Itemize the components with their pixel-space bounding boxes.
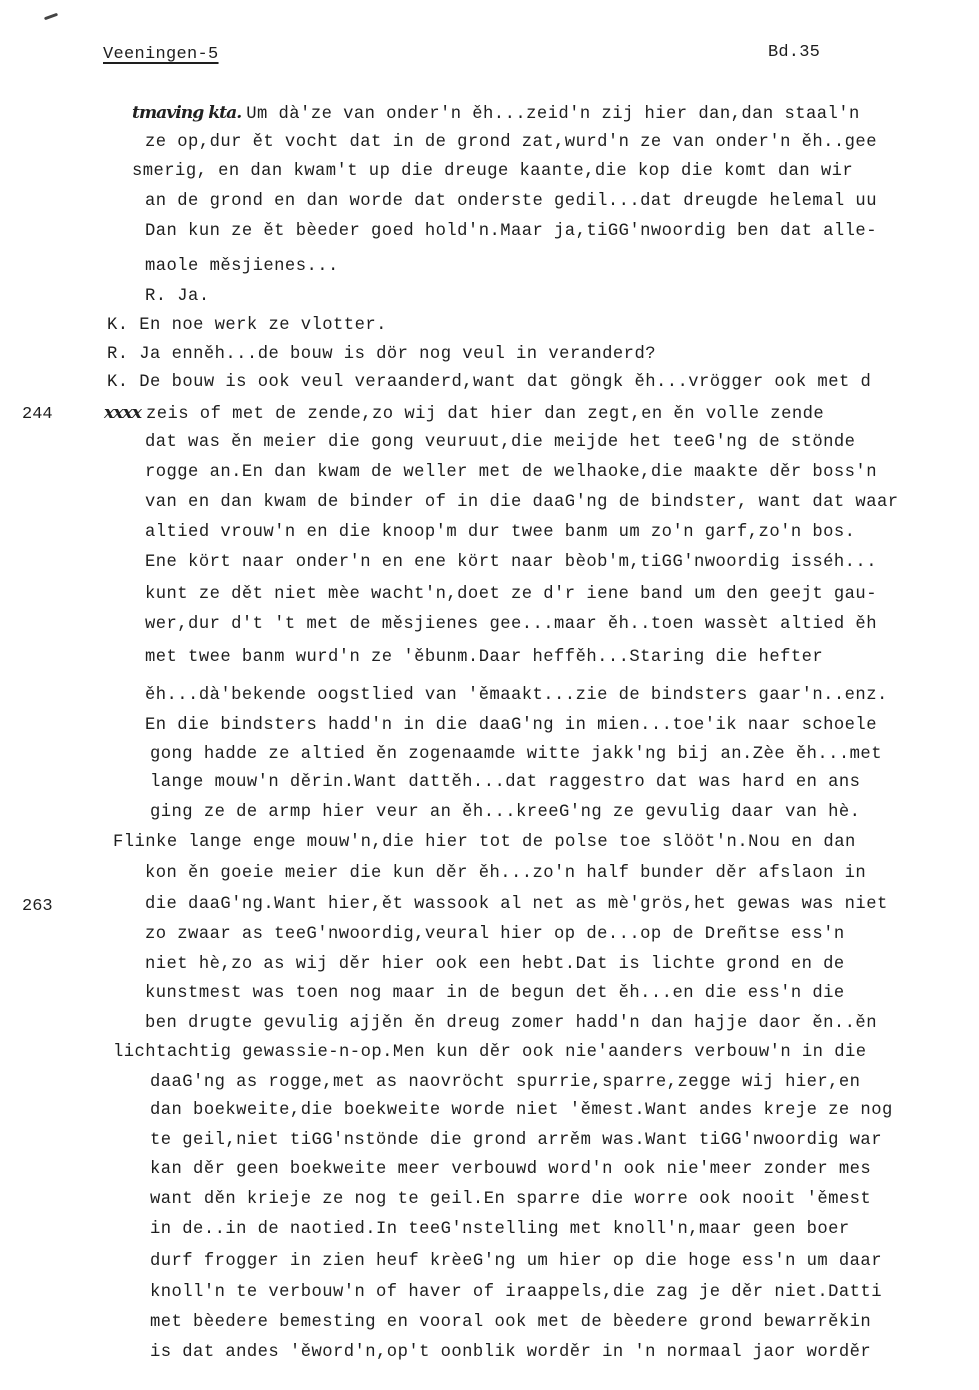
line-text: altied vrouw'n en die knoop'm dur twee b…: [145, 523, 855, 542]
ink-speck: [44, 13, 58, 21]
line-text: knoll'n te verbouw'n of haver of iraappe…: [150, 1283, 882, 1302]
line-text: En die bindsters hadd'n in die daaG'ng i…: [145, 716, 877, 735]
line-text: dat was ěn meier die gong veuruut,die me…: [145, 433, 855, 452]
page-reference: Bd.35: [768, 43, 820, 62]
transcript-line: R. Ja enněh...de bouw is dör nog veul in…: [107, 345, 656, 365]
line-text: Dan kun ze ět bèeder goed hold'n.Maar ja…: [145, 222, 877, 241]
line-text: K. De bouw is ook veul veraanderd,want d…: [107, 373, 871, 392]
line-text: kan děr geen boekweite meer verbouwd wor…: [150, 1160, 871, 1179]
transcript-line: te geil,niet tiGG'nstönde die grond arrě…: [150, 1131, 882, 1151]
line-text: is dat andes 'ěword'n,op't oonblik wordě…: [150, 1343, 871, 1362]
line-text: kunstmest was toen nog maar in de begun …: [145, 984, 845, 1003]
transcript-line: wer,dur d't 't met de měsjienes gee...ma…: [145, 615, 877, 635]
line-text: ben drugte gevulig ajjěn ěn dreug zomer …: [145, 1014, 877, 1033]
transcript-line: ben drugte gevulig ajjěn ěn dreug zomer …: [145, 1014, 877, 1034]
transcript-line: Ene kört naar onder'n en ene kört naar b…: [145, 553, 877, 573]
transcript-line: knoll'n te verbouw'n of haver of iraappe…: [150, 1283, 882, 1303]
transcript-line: gong hadde ze altied ěn zogenaamde witte…: [150, 745, 882, 765]
line-text: in de..in de naotied.In teeG'nstelling m…: [150, 1220, 850, 1239]
line-text: lange mouw'n děrin.Want dattěh...dat rag…: [150, 773, 860, 792]
transcript-line: ze op,dur ět vocht dat in de grond zat,w…: [145, 133, 877, 153]
line-text: gong hadde ze altied ěn zogenaamde witte…: [150, 745, 882, 764]
line-text: met bèedere bemesting en vooral ook met …: [150, 1313, 871, 1332]
transcript-line: dan boekweite,die boekweite worde niet '…: [150, 1101, 893, 1121]
transcript-line: want děn krieje ze nog te geil.En sparre…: [150, 1190, 871, 1210]
line-text: smerig, en dan kwam't up die dreuge kaan…: [132, 162, 853, 181]
transcript-line: kunstmest was toen nog maar in de begun …: [145, 984, 845, 1004]
transcript-line: ging ze de armp hier veur an ěh...kreeG'…: [150, 803, 860, 823]
line-text: daaG'ng as rogge,met as naovröcht spurri…: [150, 1073, 860, 1092]
line-text: R. Ja.: [145, 287, 210, 306]
transcript-line: daaG'ng as rogge,met as naovröcht spurri…: [150, 1073, 860, 1093]
line-text: Flinke lange enge mouw'n,die hier tot de…: [113, 833, 856, 852]
transcript-line: altied vrouw'n en die knoop'm dur twee b…: [145, 523, 855, 543]
line-text: wer,dur d't 't met de měsjienes gee...ma…: [145, 615, 877, 634]
line-text: zo zwaar as teeG'nwoordig,veural hier op…: [145, 925, 845, 944]
margin-line-number: 244: [22, 405, 53, 425]
line-text: maole měsjienes...: [145, 257, 339, 276]
line-text: kunt ze dět niet mèe wacht'n,doet ze d'r…: [145, 585, 877, 604]
transcript-line: R. Ja.: [145, 287, 210, 307]
transcript-line: is dat andes 'ěword'n,op't oonblik wordě…: [150, 1343, 871, 1363]
transcript-line: die daaG'ng.Want hier,ět wassook al net …: [145, 895, 888, 915]
transcript-line: maole měsjienes...: [145, 257, 339, 277]
transcript-line: K. En noe werk ze vlotter.: [107, 316, 387, 336]
transcript-line: dat was ěn meier die gong veuruut,die me…: [145, 433, 855, 453]
transcript-line: durf frogger in zien heuf krèeG'ng um hi…: [150, 1252, 882, 1272]
transcript-line: rogge an.En dan kwam de weller met de we…: [145, 463, 877, 483]
transcript-line: ěh...dà'bekende oogstlied van 'ěmaakt...…: [145, 686, 888, 706]
transcript-line: zo zwaar as teeG'nwoordig,veural hier op…: [145, 925, 845, 945]
transcript-line: van en dan kwam de binder of in die daaG…: [145, 493, 899, 513]
transcript-line: K. De bouw is ook veul veraanderd,want d…: [107, 373, 871, 393]
line-text: rogge an.En dan kwam de weller met de we…: [145, 463, 877, 482]
line-text: te geil,niet tiGG'nstönde die grond arrě…: [150, 1131, 882, 1150]
line-text: an de grond en dan worde dat onderste ge…: [145, 192, 877, 211]
line-text: R. Ja enněh...de bouw is dör nog veul in…: [107, 345, 656, 364]
line-text: durf frogger in zien heuf krèeG'ng um hi…: [150, 1252, 882, 1271]
transcript-line: kunt ze dět niet mèe wacht'n,doet ze d'r…: [145, 585, 877, 605]
transcript-line: xxxx zeis of met de zende,zo wij dat hie…: [104, 403, 824, 425]
line-text: ěh...dà'bekende oogstlied van 'ěmaakt...…: [145, 686, 888, 705]
line-text: lichtachtig gewassie-n-op.Men kun děr oo…: [113, 1043, 867, 1062]
transcript-line: niet hè,zo as wij děr hier ook een hebt.…: [145, 955, 845, 975]
transcript-line: smerig, en dan kwam't up die dreuge kaan…: [132, 162, 853, 182]
margin-line-number: 263: [22, 897, 53, 917]
line-text: K. En noe werk ze vlotter.: [107, 316, 387, 335]
struck-out-text: xxxx: [104, 403, 146, 423]
transcript-line: an de grond en dan worde dat onderste ge…: [145, 192, 877, 212]
transcript-line: lange mouw'n děrin.Want dattěh...dat rag…: [150, 773, 860, 793]
transcript-line: Flinke lange enge mouw'n,die hier tot de…: [113, 833, 856, 853]
line-text: die daaG'ng.Want hier,ět wassook al net …: [145, 895, 888, 914]
struck-out-text: tmaving kta.: [132, 103, 246, 123]
transcript-line: Dan kun ze ět bèeder goed hold'n.Maar ja…: [145, 222, 877, 242]
transcript-line: met bèedere bemesting en vooral ook met …: [150, 1313, 871, 1333]
transcript-line: in de..in de naotied.In teeG'nstelling m…: [150, 1220, 850, 1240]
line-text: van en dan kwam de binder of in die daaG…: [145, 493, 899, 512]
transcript-line: lichtachtig gewassie-n-op.Men kun děr oo…: [113, 1043, 867, 1063]
line-text: dan boekweite,die boekweite worde niet '…: [150, 1101, 893, 1120]
document-page: Veeningen-5 Bd.35 244 263 tmaving kta. U…: [0, 0, 979, 1390]
line-text: want děn krieje ze nog te geil.En sparre…: [150, 1190, 871, 1209]
line-text: ging ze de armp hier veur an ěh...kreeG'…: [150, 803, 860, 822]
line-text: niet hè,zo as wij děr hier ook een hebt.…: [145, 955, 845, 974]
document-title: Veeningen-5: [103, 45, 219, 64]
line-text: ze op,dur ět vocht dat in de grond zat,w…: [145, 133, 877, 152]
line-text: met twee banm wurd'n ze 'ěbunm.Daar heff…: [145, 648, 823, 667]
line-text: Um dà'ze van onder'n ěh...zeid'n zij hie…: [246, 105, 860, 124]
line-text: zeis of met de zende,zo wij dat hier dan…: [146, 405, 824, 424]
transcript-line: kan děr geen boekweite meer verbouwd wor…: [150, 1160, 871, 1180]
transcript-line: met twee banm wurd'n ze 'ěbunm.Daar heff…: [145, 648, 823, 668]
transcript-line: tmaving kta. Um dà'ze van onder'n ěh...z…: [132, 103, 860, 125]
line-text: kon ěn goeie meier die kun děr ěh...zo'n…: [145, 864, 866, 883]
transcript-line: En die bindsters hadd'n in die daaG'ng i…: [145, 716, 877, 736]
line-text: Ene kört naar onder'n en ene kört naar b…: [145, 553, 877, 572]
transcript-line: kon ěn goeie meier die kun děr ěh...zo'n…: [145, 864, 866, 884]
